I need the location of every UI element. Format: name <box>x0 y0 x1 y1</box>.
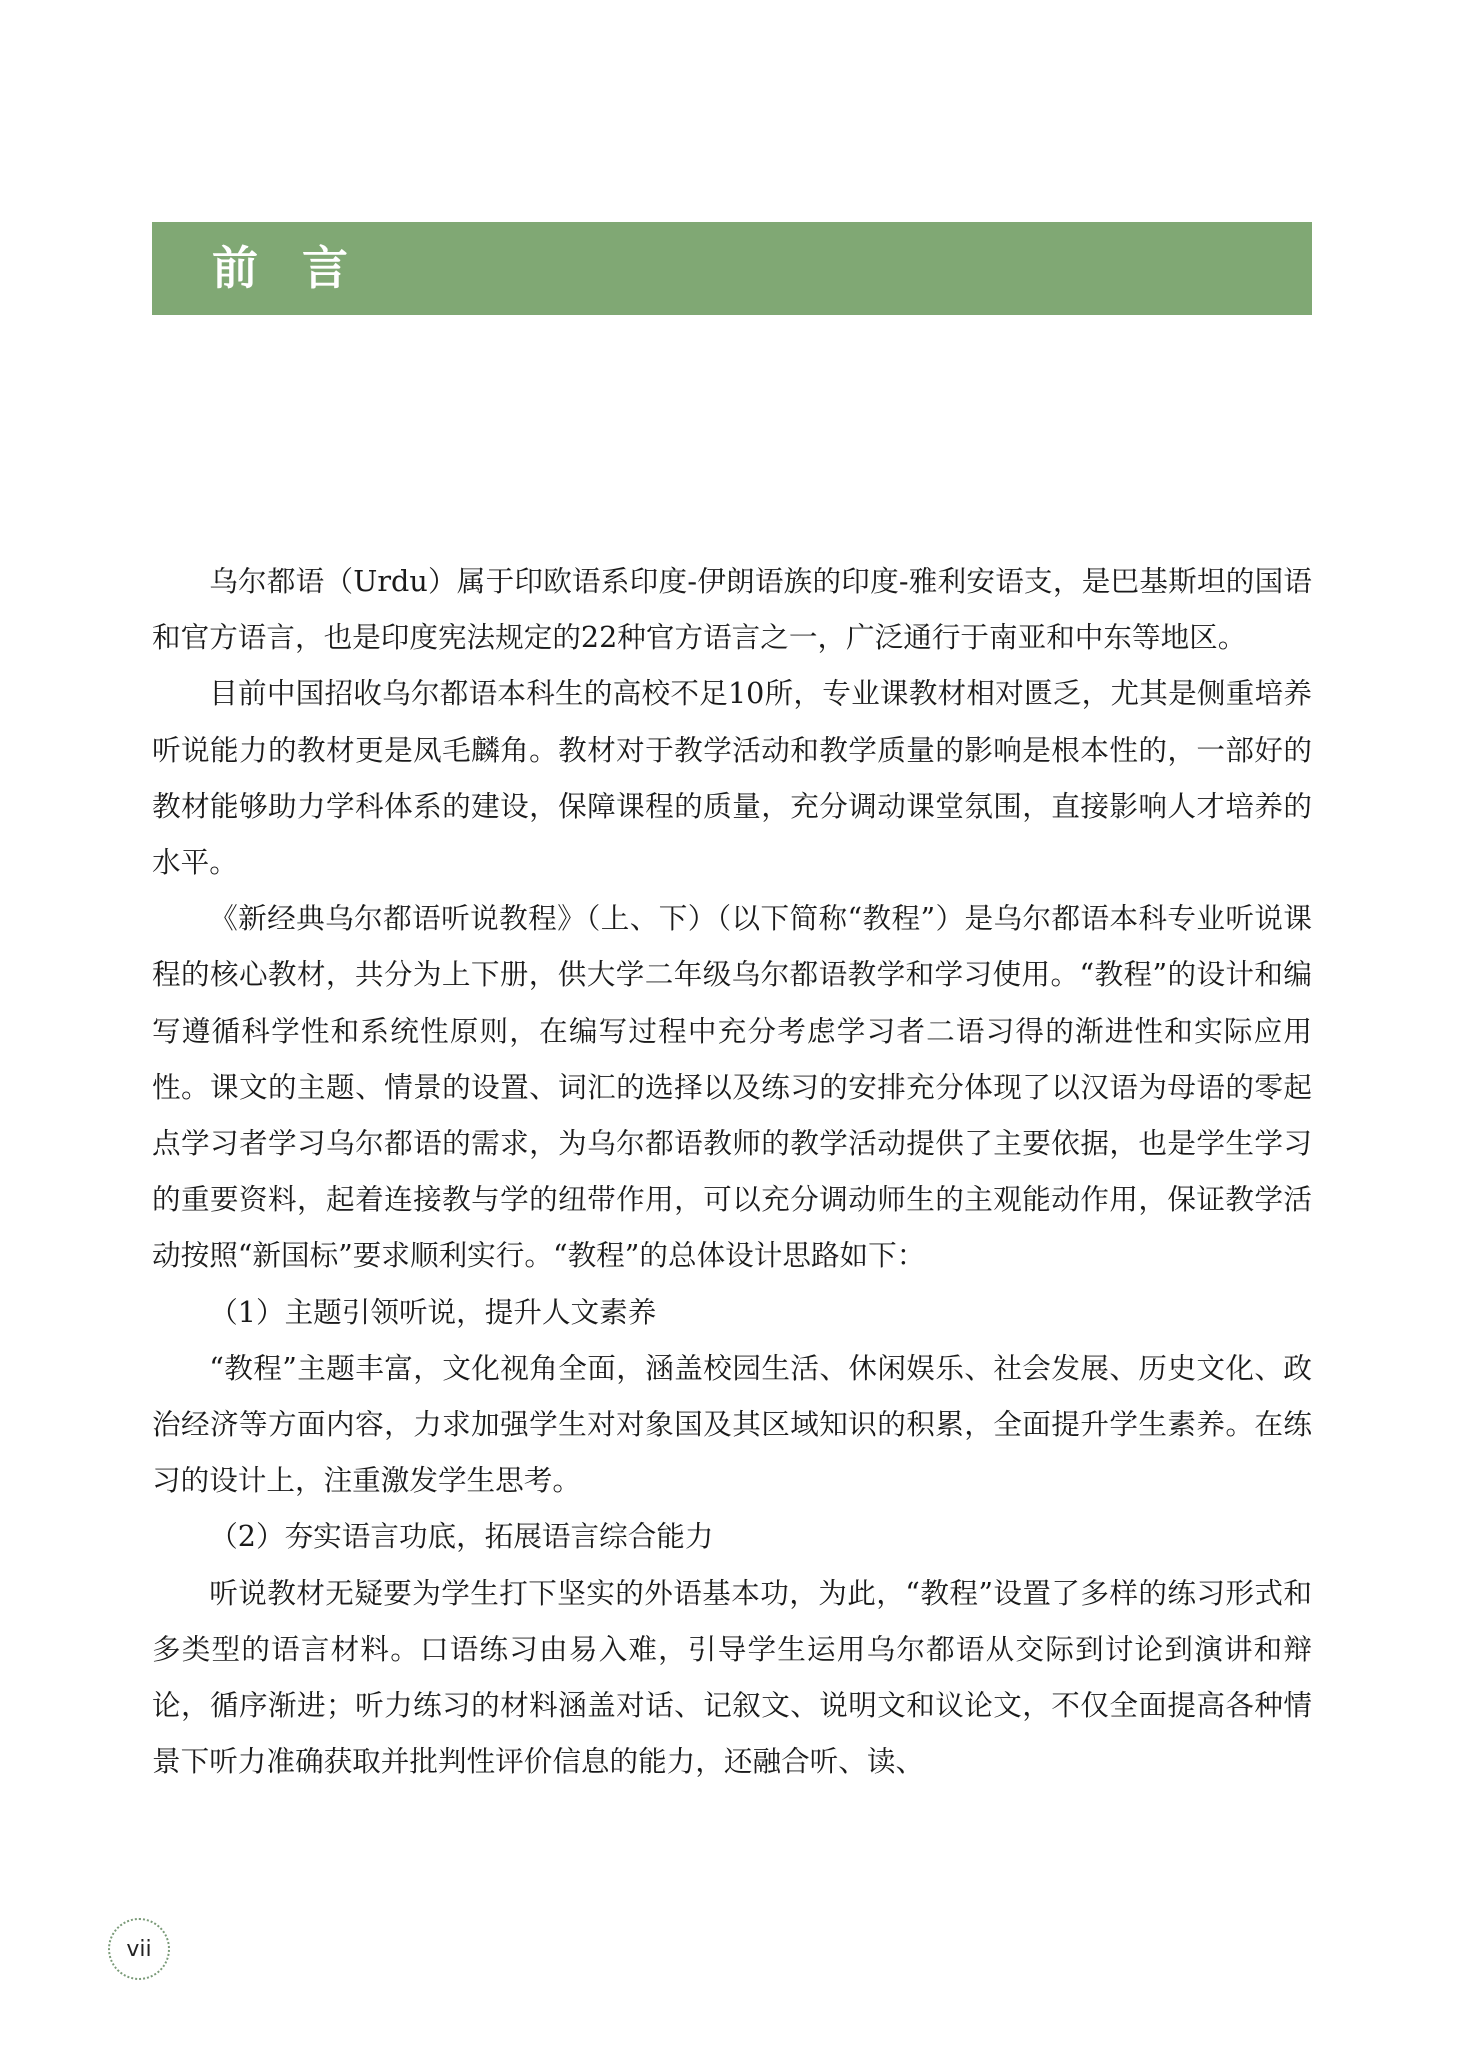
subheading-2: （2）夯实语言功底，拓展语言综合能力 <box>152 1508 1312 1564</box>
paragraph-intro: 乌尔都语（Urdu）属于印欧语系印度-伊朗语族的印度-雅利安语支，是巴基斯坦的国… <box>152 553 1312 665</box>
page-title: 前 言 <box>212 242 362 294</box>
preface-body: 乌尔都语（Urdu）属于印欧语系印度-伊朗语族的印度-雅利安语支，是巴基斯坦的国… <box>152 553 1312 1789</box>
paragraph-current-situation: 目前中国招收乌尔都语本科生的高校不足10所，专业课教材相对匮乏，尤其是侧重培养听… <box>152 665 1312 890</box>
page-number: vii <box>126 1937 151 1962</box>
paragraph-language-skills: 听说教材无疑要为学生打下坚实的外语基本功，为此，“教程”设置了多样的练习形式和多… <box>152 1565 1312 1790</box>
paragraph-theme: “教程”主题丰富，文化视角全面，涵盖校园生活、休闲娱乐、社会发展、历史文化、政治… <box>152 1340 1312 1509</box>
page-number-badge: vii <box>108 1918 170 1980</box>
section-title-banner: 前 言 <box>152 222 1312 315</box>
subheading-1: （1）主题引领听说，提升人文素养 <box>152 1284 1312 1340</box>
paragraph-textbook-overview: 《新经典乌尔都语听说教程》（上、下）（以下简称“教程”）是乌尔都语本科专业听说课… <box>152 890 1312 1283</box>
